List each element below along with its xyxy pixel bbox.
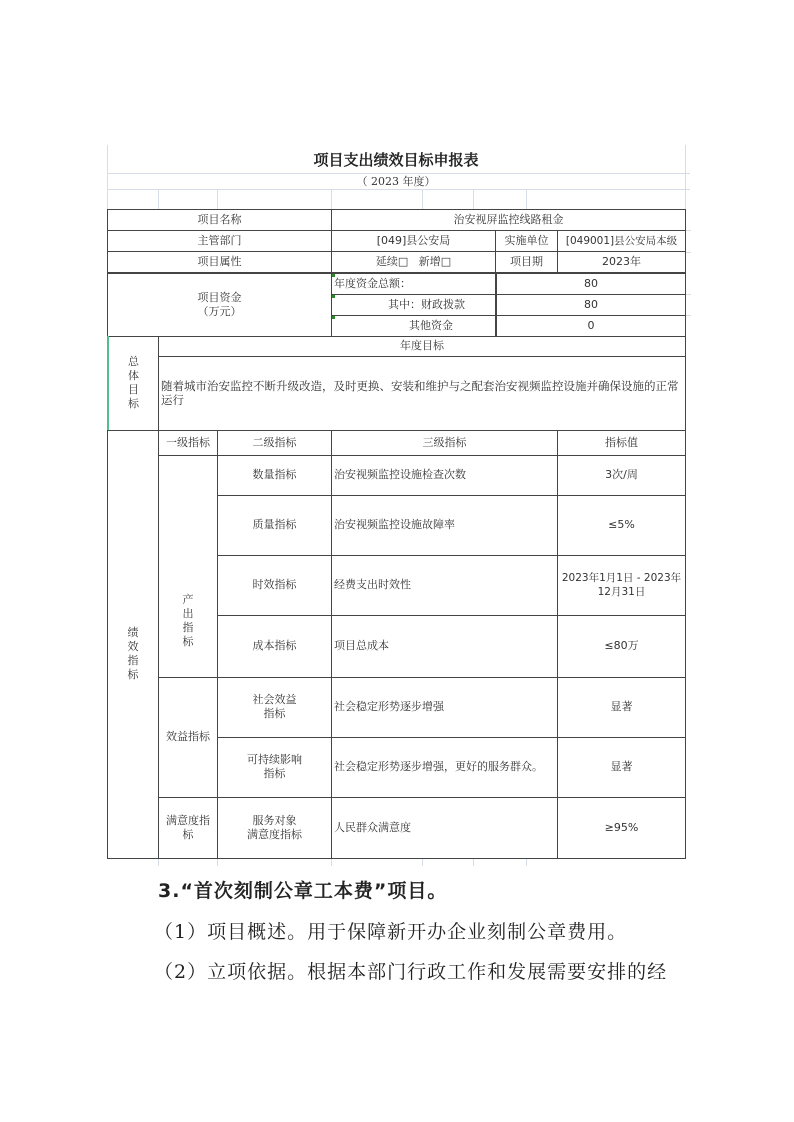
header-level1: 一级指标 — [158, 430, 217, 456]
value-cell: 显著 — [557, 737, 686, 798]
gridline — [331, 858, 332, 866]
paragraph-overview: （1）项目概述。用于保障新开办企业刻制公章费用。 — [154, 917, 627, 944]
funds-label: 项目资金 （万元） — [107, 273, 331, 337]
gridline — [331, 189, 332, 209]
attr-value: 延续□ 新增□ — [331, 251, 495, 274]
gridline — [526, 189, 527, 209]
level3-cell: 治安视频监控设施检查次数 — [331, 455, 557, 496]
level3-cell: 社会稳定形势逐步增强 — [331, 677, 557, 738]
level2-cell: 质量指标 — [217, 495, 331, 556]
impl-unit-label: 实施单位 — [495, 230, 557, 252]
level2-cell: 服务对象 满意度指标 — [217, 797, 331, 859]
value-cell: 2023年1月1日 - 2023年 12月31日 — [557, 555, 686, 616]
funds-total-label: 年度资金总额： — [331, 273, 495, 295]
period-value: 2023年 — [557, 251, 686, 274]
goal-header: 年度目标 — [158, 336, 686, 357]
attr-label: 项目属性 — [107, 251, 331, 274]
dept-value: [049]县公安局 — [331, 230, 495, 252]
level2-cell: 社会效益 指标 — [217, 677, 331, 738]
level3-cell: 治安视频监控设施故障率 — [331, 495, 557, 556]
cell-marker — [332, 295, 335, 298]
cell-marker — [332, 316, 335, 319]
gridline — [158, 189, 159, 209]
form-year: （ 2023 年度） — [107, 174, 685, 189]
gridline — [473, 858, 474, 866]
funds-total-value: 80 — [495, 273, 686, 295]
dept-label: 主管部门 — [107, 230, 331, 252]
indicators-side-label: 绩 效 指 标 — [107, 430, 158, 859]
section-heading: 3.“首次刻制公章工本费”项目。 — [158, 876, 447, 903]
value-cell: ≤5% — [557, 495, 686, 556]
form-title: 项目支出绩效目标申报表 — [107, 148, 685, 172]
level2-cell: 时效指标 — [217, 555, 331, 616]
level3-cell: 项目总成本 — [331, 615, 557, 678]
gridline — [107, 189, 690, 190]
level2-cell: 成本指标 — [217, 615, 331, 678]
level1-output: 产 出 指 标 — [158, 455, 217, 678]
gridline — [217, 858, 218, 866]
impl-unit-value: [049001]县公安局本级 — [557, 230, 686, 252]
level2-cell: 可持续影响 指标 — [217, 737, 331, 798]
level1-satisfaction: 满意度指 标 — [158, 797, 217, 859]
gridline — [422, 858, 423, 866]
project-name-value: 治安视屏监控线路租金 — [331, 209, 686, 231]
level1-benefit: 效益指标 — [158, 677, 217, 798]
gridline — [158, 858, 159, 866]
gridline — [526, 858, 527, 866]
gridline — [217, 189, 218, 209]
value-cell: 3次/周 — [557, 455, 686, 496]
project-name-label: 项目名称 — [107, 209, 331, 231]
level3-cell: 社会稳定形势逐步增强，更好的服务群众。 — [331, 737, 557, 798]
cell-marker — [332, 274, 335, 277]
header-level3: 三级指标 — [331, 430, 557, 456]
gridline — [422, 189, 423, 209]
level2-cell: 数量指标 — [217, 455, 331, 496]
value-cell: 显著 — [557, 677, 686, 738]
gridline — [473, 189, 474, 209]
period-label: 项目期 — [495, 251, 557, 274]
funds-fiscal-label: 其中：财政拨款 — [331, 294, 495, 316]
level3-cell: 人民群众满意度 — [331, 797, 557, 859]
value-cell: ≥95% — [557, 797, 686, 859]
funds-other-label: 其他资金 — [331, 315, 495, 337]
header-level2: 二级指标 — [217, 430, 331, 456]
header-value: 指标值 — [557, 430, 686, 456]
funds-fiscal-value: 80 — [495, 294, 686, 316]
level3-cell: 经费支出时效性 — [331, 555, 557, 616]
goal-side-label: 总 体 目 标 — [107, 336, 158, 431]
paragraph-basis: （2）立项依据。根据本部门行政工作和发展需要安排的经 — [154, 957, 667, 984]
funds-other-value: 0 — [495, 315, 686, 337]
value-cell: ≤80万 — [557, 615, 686, 678]
goal-text: 随着城市治安监控不断升级改造，及时更换、安装和维护与之配套治安视频监控设施并确保… — [158, 356, 686, 431]
